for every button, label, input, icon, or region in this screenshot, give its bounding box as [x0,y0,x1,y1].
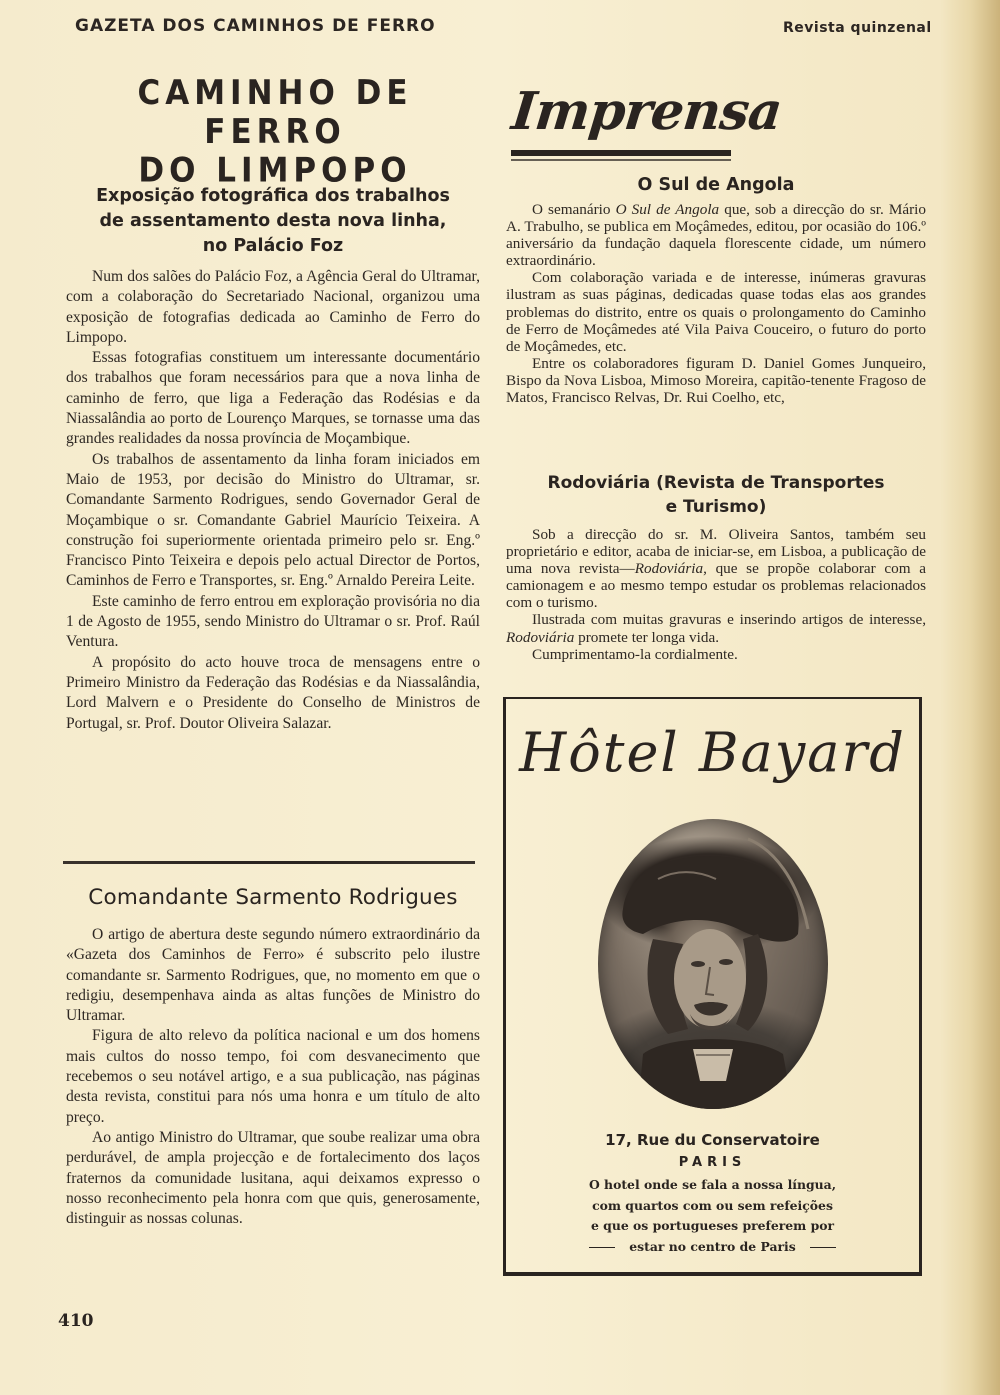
paragraph: Sob a direcção do sr. M. Oliveira Santos… [506,526,926,611]
paragraph: Ao antigo Ministro do Ultramar, que soub… [66,1128,480,1229]
page-number: 410 [58,1311,94,1331]
running-header-publication: GAZETA DOS CAMINHOS DE FERRO [75,16,436,36]
portrait-image [598,819,828,1109]
portrait-engraving-icon [598,819,828,1109]
second-article-body: O artigo de abertura deste segundo númer… [66,925,480,1229]
subtitle-line: no Palácio Foz [66,234,480,259]
publication-name: Rodoviária [635,560,703,577]
subtitle-line: Exposição fotográfica dos trabalhos [66,184,480,209]
paragraph: Cumprimentamo-la cordialmente. [506,646,926,663]
paragraph: O artigo de abertura deste segundo númer… [66,925,480,1026]
imprensa-rule [511,150,731,156]
rodoviaria-title: Rodoviária (Revista de Transportes e Tur… [506,471,926,519]
tagline-line: com quartos com ou sem refeições [506,1196,919,1217]
publication-name: Rodoviária [506,629,574,646]
ad-city: PARIS [506,1155,919,1170]
paragraph: Num dos salões do Palácio Foz, a Agência… [66,267,480,348]
ad-tagline: O hotel onde se fala a nossa língua, com… [506,1175,919,1258]
running-header-frequency: Revista quinzenal [783,20,932,36]
sul-de-angola-body: O semanário O Sul de Angola que, sob a d… [506,201,926,406]
ad-address: 17, Rue du Conservatoire [506,1131,919,1149]
paragraph: Os trabalhos de assentamento da linha fo… [66,450,480,592]
paragraph: Essas fotografias constituem um interess… [66,348,480,449]
article-body: Num dos salões do Palácio Foz, a Agência… [66,267,480,734]
title-line: Rodoviária (Revista de Transportes [506,471,926,495]
paragraph: A propósito do acto houve troca de mensa… [66,653,480,734]
article-title-line1: CAMINHO DE FERRO [60,74,490,152]
paragraph: Com colaboração variada e de interesse, … [506,269,926,354]
publication-name: O Sul de Angola [616,201,720,218]
ad-hotel-name: Hôtel Bayard [506,718,919,788]
second-article-title: Comandante Sarmento Rodrigues [66,885,480,910]
dash-ornament [810,1247,836,1248]
paragraph: Este caminho de ferro entrou em exploraç… [66,592,480,653]
title-line: e Turismo) [506,495,926,519]
imprensa-heading: Imprensa [509,82,784,142]
section-divider [63,861,475,864]
rodoviaria-body: Sob a direcção do sr. M. Oliveira Santos… [506,526,926,663]
subtitle-line: de assentamento desta nova linha, [66,209,480,234]
tagline-line: O hotel onde se fala a nossa língua, [506,1175,919,1196]
dash-ornament [589,1247,615,1248]
article-subtitle: Exposição fotográfica dos trabalhos de a… [66,184,480,259]
paragraph: Figura de alto relevo da política nacion… [66,1026,480,1127]
tagline-line: e que os portugueses preferem por [506,1216,919,1237]
tagline-line: estar no centro de Paris [506,1237,919,1258]
article-title: CAMINHO DE FERRO DO LIMPOPO [60,74,490,191]
imprensa-rule-thin [511,159,731,161]
paragraph: O semanário O Sul de Angola que, sob a d… [506,201,926,269]
paragraph: Entre os colaboradores figuram D. Daniel… [506,355,926,406]
sul-de-angola-title: O Sul de Angola [506,173,926,197]
paragraph: Ilustrada com muitas gravuras e inserind… [506,611,926,645]
